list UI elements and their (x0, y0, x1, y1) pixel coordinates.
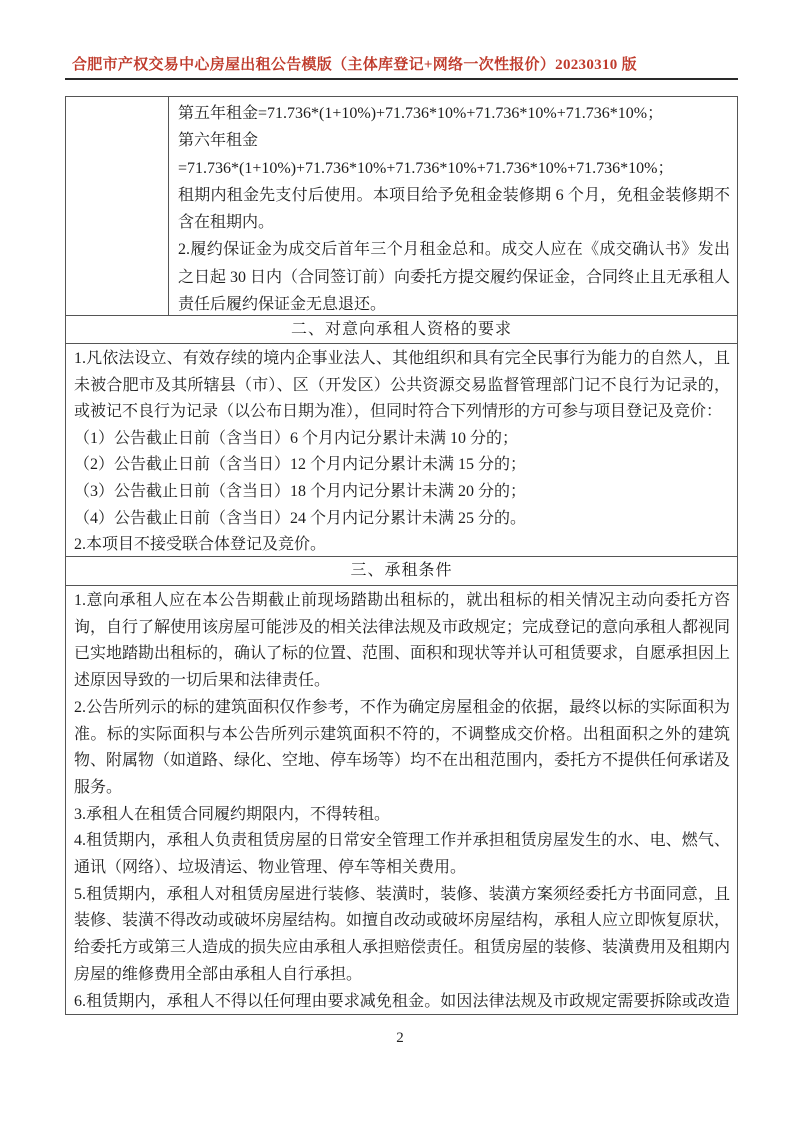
paragraph-lease-5: 5.租赁期内，承租人对租赁房屋进行装修、装潢时，装修、装潢方案须经委托方书面同意… (74, 882, 730, 989)
paragraph-qualification-item1: （1）公告截止日前（含当日）6 个月内记分累计未满 10 分的； (74, 426, 730, 453)
paragraph-rent-year5: 第五年租金=71.736*(1+10%)+71.736*10%+71.736*1… (178, 100, 730, 127)
section-title: 三、承租条件 (350, 562, 452, 579)
paragraph-lease-6: 6.租赁期内，承租人不得以任何理由要求减免租金。如因法律法规及市政规定需要拆除或… (74, 989, 730, 1014)
page-number: 2 (396, 1030, 404, 1046)
paragraph-lease-1: 1.意向承租人应在本公告期截止前现场踏勘出租标的，就出租标的相关情况主动向委托方… (74, 588, 730, 695)
paragraph-lease-3: 3.承租人在租赁合同履约期限内，不得转租。 (74, 802, 730, 829)
section-header-lease-conditions: 三、承租条件 (66, 557, 737, 586)
announcement-table: 第五年租金=71.736*(1+10%)+71.736*10%+71.736*1… (65, 96, 738, 1015)
section-body-lease-conditions: 1.意向承租人应在本公告期截止前现场踏勘出租标的，就出租标的相关情况主动向委托方… (66, 586, 737, 1014)
table-row-rent-continuation: 第五年租金=71.736*(1+10%)+71.736*10%+71.736*1… (66, 97, 737, 316)
document-title: 合肥市产权交易中心房屋出租公告模版（主体库登记+网络一次性报价）20230310… (72, 53, 738, 74)
paragraph-qualification-item2: （2）公告截止日前（含当日）12 个月内记分累计未满 15 分的； (74, 452, 730, 479)
section-header-qualifications: 二、对意向承租人资格的要求 (66, 316, 737, 344)
paragraph-lease-2: 2.公告所列示的标的建筑面积仅作参考，不作为确定房屋租金的依据，最终以标的实际面… (74, 695, 730, 802)
page-footer: 2 (0, 1030, 800, 1047)
paragraph-qualification-2: 2.本项目不接受联合体登记及竞价。 (74, 532, 730, 557)
document-page: 合肥市产权交易中心房屋出租公告模版（主体库登记+网络一次性报价）20230310… (0, 0, 800, 1131)
paragraph-rent-year6-label: 第六年租金 (178, 127, 730, 154)
table-cell-empty-label (66, 97, 169, 315)
section-title: 二、对意向承租人资格的要求 (291, 321, 512, 338)
section-body-qualifications: 1.凡依法设立、有效存续的境内企事业法人、其他组织和具有完全民事行为能力的自然人… (66, 344, 737, 557)
paragraph-deposit: 2.履约保证金为成交后首年三个月租金总和。成交人应在《成交确认书》发出之日起 3… (178, 236, 730, 315)
paragraph-rent-year6-formula: =71.736*(1+10%)+71.736*10%+71.736*10%+71… (178, 155, 730, 182)
paragraph-lease-4: 4.租赁期内，承租人负责租赁房屋的日常安全管理工作并承担租赁房屋发生的水、电、燃… (74, 828, 730, 881)
paragraph-qualification-item3: （3）公告截止日前（含当日）18 个月内记分累计未满 20 分的； (74, 479, 730, 506)
paragraph-qualification-item4: （4）公告截止日前（含当日）24 个月内记分累计未满 25 分的。 (74, 506, 730, 533)
paragraph-qualification-1: 1.凡依法设立、有效存续的境内企事业法人、其他组织和具有完全民事行为能力的自然人… (74, 346, 730, 426)
paragraph-rent-free-period: 租期内租金先支付后使用。本项目给予免租金装修期 6 个月，免租金装修期不含在租期… (178, 182, 730, 237)
document-header: 合肥市产权交易中心房屋出租公告模版（主体库登记+网络一次性报价）20230310… (65, 53, 738, 80)
table-cell-rent-terms: 第五年租金=71.736*(1+10%)+71.736*10%+71.736*1… (169, 97, 737, 315)
